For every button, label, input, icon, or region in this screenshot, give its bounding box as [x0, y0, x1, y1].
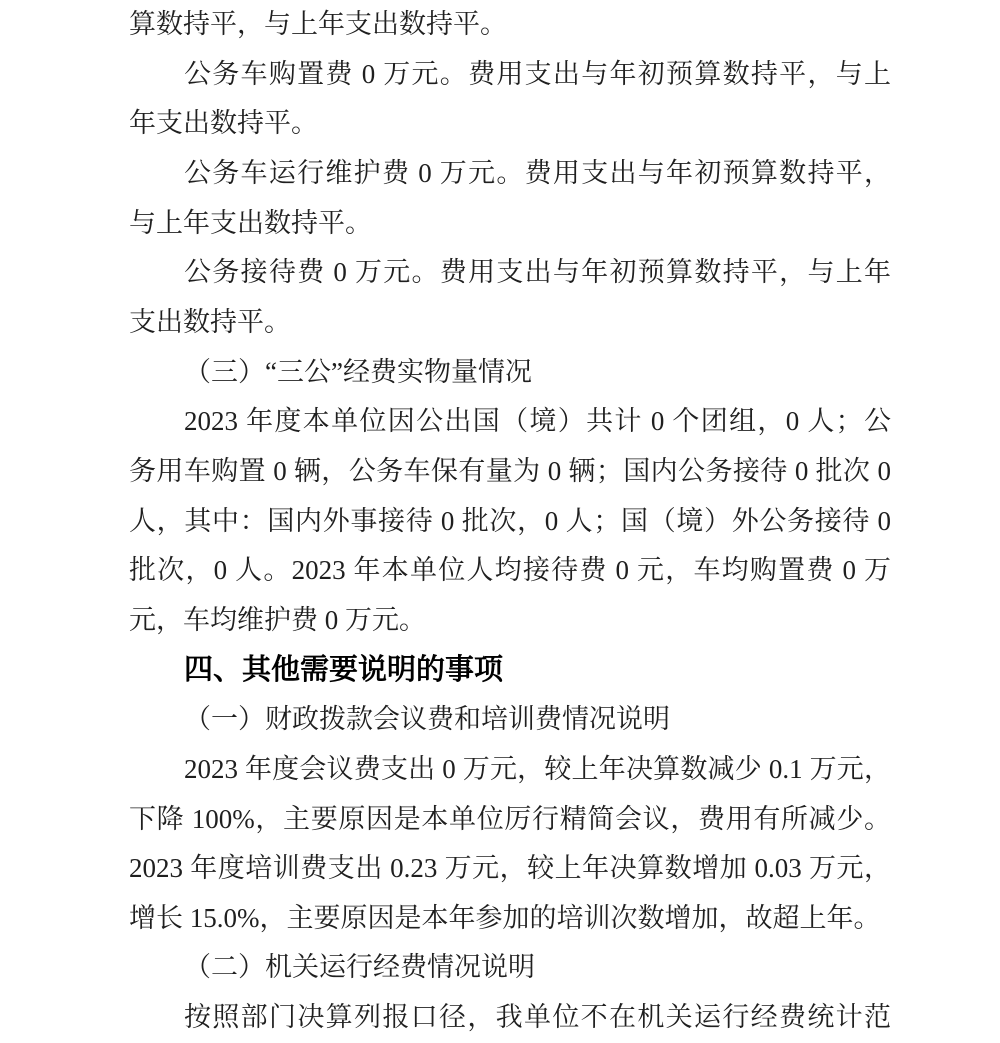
chapter-heading-4: 四、其他需要说明的事项 [129, 646, 891, 696]
body-line: 2023 年度会议费支出 0 万元，较上年决算数减少 0.1 万元， [129, 745, 891, 795]
subsection-heading-2: （二）机关运行经费情况说明 [129, 943, 891, 993]
body-line: 人，其中：国内外事接待 0 批次，0 人；国（境）外公务接待 0 [129, 497, 891, 547]
subsection-heading-3: （三）“三公”经费实物量情况 [129, 348, 891, 398]
body-line: 2023 年度培训费支出 0.23 万元，较上年决算数增加 0.03 万元， [129, 844, 891, 894]
body-line: 按照部门决算列报口径，我单位不在机关运行经费统计范 [129, 993, 891, 1043]
body-line: 元，车均维护费 0 万元。 [129, 596, 891, 646]
document-page: 算数持平，与上年支出数持平。 公务车购置费 0 万元。费用支出与年初预算数持平，… [0, 0, 1000, 1043]
document-text-block: 算数持平，与上年支出数持平。 公务车购置费 0 万元。费用支出与年初预算数持平，… [129, 0, 891, 1043]
body-line: 公务车购置费 0 万元。费用支出与年初预算数持平，与上 [129, 50, 891, 100]
body-line: 批次，0 人。2023 年本单位人均接待费 0 元，车均购置费 0 万 [129, 546, 891, 596]
body-line: 2023 年度本单位因公出国（境）共计 0 个团组，0 人；公 [129, 397, 891, 447]
body-line: 增长 15.0%，主要原因是本年参加的培训次数增加，故超上年。 [129, 894, 891, 944]
body-line: 算数持平，与上年支出数持平。 [129, 0, 891, 50]
body-line: 务用车购置 0 辆，公务车保有量为 0 辆；国内公务接待 0 批次 0 [129, 447, 891, 497]
body-line: 年支出数持平。 [129, 99, 891, 149]
body-line: 公务接待费 0 万元。费用支出与年初预算数持平，与上年 [129, 248, 891, 298]
subsection-heading-1: （一）财政拨款会议费和培训费情况说明 [129, 695, 891, 745]
body-line: 公务车运行维护费 0 万元。费用支出与年初预算数持平， [129, 149, 891, 199]
body-line: 支出数持平。 [129, 298, 891, 348]
body-line: 下降 100%，主要原因是本单位厉行精简会议，费用有所减少。 [129, 795, 891, 845]
body-line: 与上年支出数持平。 [129, 199, 891, 249]
